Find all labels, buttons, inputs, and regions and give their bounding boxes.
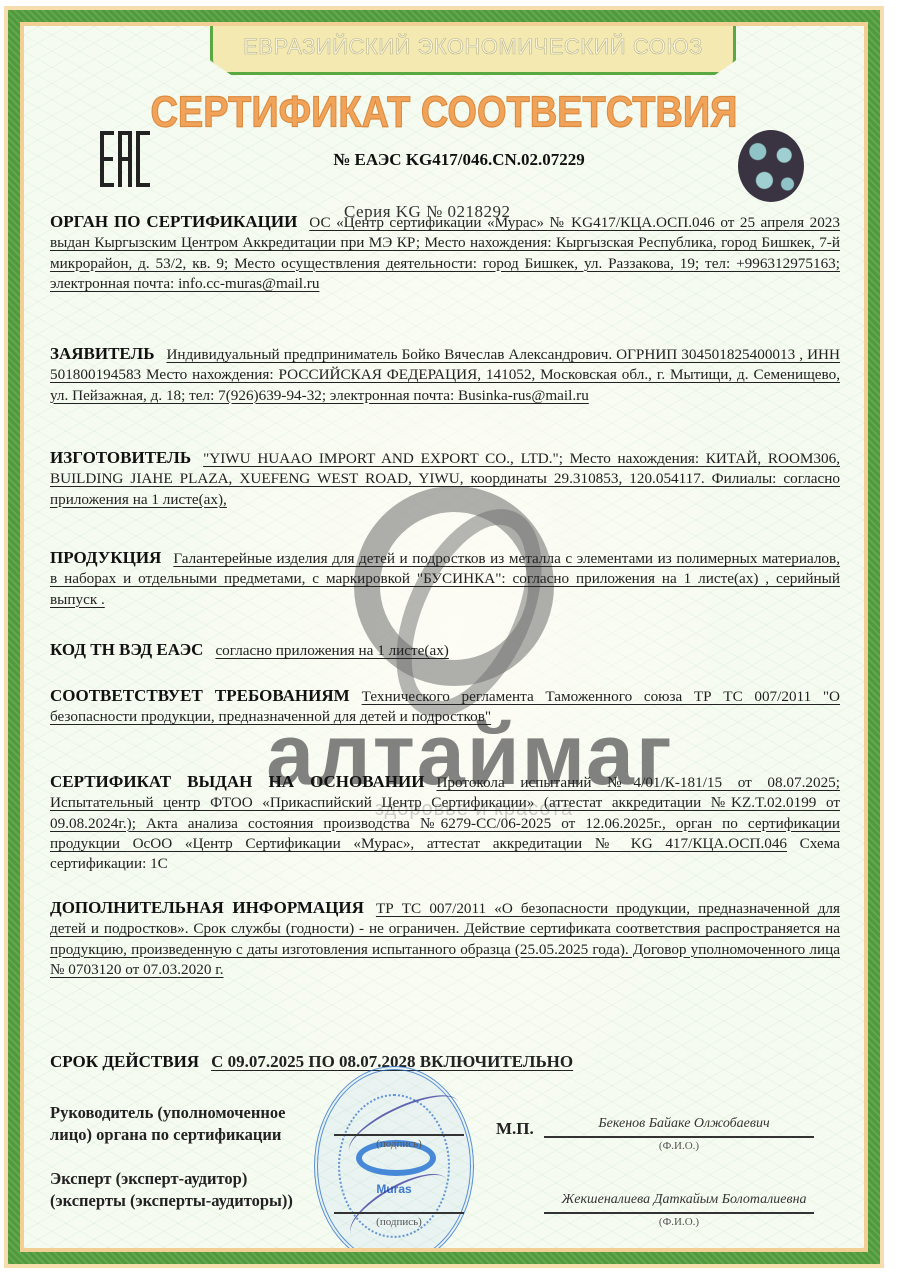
eac-mark-icon: [100, 131, 152, 187]
union-banner-text: ЕВРАЗИЙСКИЙ ЭКОНОМИЧЕСКИЙ СОЮЗ: [210, 34, 736, 60]
basis-section: СЕРТИФИКАТ ВЫДАН НА ОСНОВАНИИПротокола и…: [50, 772, 840, 874]
section-label: СЕРТИФИКАТ ВЫДАН НА ОСНОВАНИИ: [50, 772, 424, 791]
head-name: Бекенов Байаке Олжобаевич: [554, 1116, 814, 1132]
validity-section: СРОК ДЕЙСТВИЯС 09.07.2025 ПО 08.07.2028 …: [50, 1052, 840, 1073]
section-label: ПРОДУКЦИЯ: [50, 548, 161, 567]
certificate-sheet: ЕВРАЗИЙСКИЙ ЭКОНОМИЧЕСКИЙ СОЮЗ СЕРТИФИКА…: [4, 6, 884, 1268]
certificate-body: ЕВРАЗИЙСКИЙ ЭКОНОМИЧЕСКИЙ СОЮЗ СЕРТИФИКА…: [24, 26, 864, 1248]
hologram-sticker: [738, 130, 804, 202]
head-signature-caption: (подпись): [334, 1138, 464, 1150]
section-value: Галантерейные изделия для детей и подрос…: [50, 550, 840, 608]
product-section: ПРОДУКЦИЯГалантерейные изделия для детей…: [50, 548, 840, 610]
section-label: ЗАЯВИТЕЛЬ: [50, 344, 154, 363]
expert-label: Эксперт (эксперт-аудитор) (эксперты (экс…: [50, 1168, 293, 1212]
manufacturer-section: ИЗГОТОВИТЕЛЬ"YIWU HUAAO IMPORT AND EXPOR…: [50, 448, 840, 510]
hs-code-section: КОД ТН ВЭД ЕАЭСсогласно приложения на 1 …: [50, 640, 840, 661]
expert-name-caption: (Ф.И.О.): [544, 1216, 814, 1228]
head-name-caption: (Ф.И.О.): [544, 1140, 814, 1152]
expert-signature-caption: (подпись): [334, 1216, 464, 1228]
section-value: согласно приложения на 1 листе(ах): [215, 642, 448, 659]
section-label: ИЗГОТОВИТЕЛЬ: [50, 448, 191, 467]
head-label: Руководитель (уполномоченное лицо) орган…: [50, 1102, 285, 1146]
section-value: Индивидуальный предприниматель Бойко Вяч…: [50, 346, 840, 404]
section-label: КОД ТН ВЭД ЕАЭС: [50, 640, 203, 659]
complies-section: СООТВЕТСТВУЕТ ТРЕБОВАНИЯМТехнического ре…: [50, 686, 840, 728]
seal-mark: М.П.: [496, 1119, 534, 1139]
section-label: ДОПОЛНИТЕЛЬНАЯ ИНФОРМАЦИЯ: [50, 898, 364, 917]
expert-name: Жекшеналиева Даткайым Болоталиевна: [534, 1192, 834, 1208]
additional-info-section: ДОПОЛНИТЕЛЬНАЯ ИНФОРМАЦИЯТР ТС 007/2011 …: [50, 898, 840, 980]
applicant-section: ЗАЯВИТЕЛЬИндивидуальный предприниматель …: [50, 344, 840, 406]
section-label: СООТВЕТСТВУЕТ ТРЕБОВАНИЯМ: [50, 686, 350, 705]
section-label: СРОК ДЕЙСТВИЯ: [50, 1052, 199, 1071]
certification-body-section: ОРГАН ПО СЕРТИФИКАЦИИОС «Центр сертифика…: [50, 212, 840, 294]
section-label: ОРГАН ПО СЕРТИФИКАЦИИ: [50, 212, 297, 231]
